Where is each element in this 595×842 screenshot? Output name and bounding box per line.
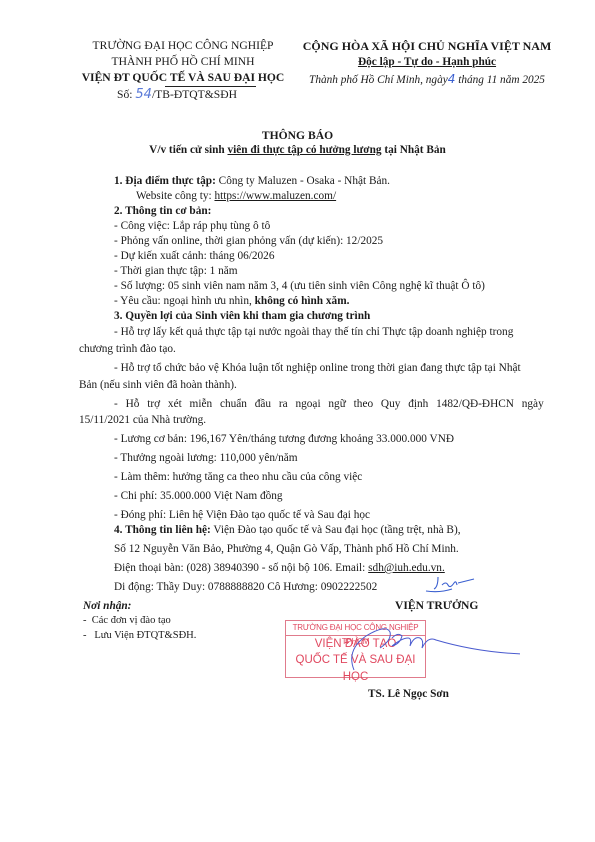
section2-item: - Số lượng: 05 sinh viên nam năm 3, 4 (ư… [114,280,485,292]
recipient-item: - Các đơn vị đào tạo [83,615,171,626]
signer-role: VIỆN TRƯỞNG [395,599,478,612]
university-city: THÀNH PHỐ HỒ CHÍ MINH [58,54,308,70]
section2-heading: 2. Thông tin cơ bản: [114,205,211,217]
section3-heading: 3. Quyền lợi của Sinh viên khi tham gia … [114,310,370,322]
section2-item: - Thời gian thực tập: 1 năm [114,265,238,277]
section3-para3: - Hỗ trợ xét miễn chuẩn đầu ra ngoại ngữ… [114,398,544,410]
university-name: TRƯỜNG ĐẠI HỌC CÔNG NGHIỆP [58,38,308,54]
section3-item: - Chi phí: 35.000.000 Việt Nam đồng [114,490,283,502]
section3-para3-cont: 15/11/2021 của Nhà trường. [79,414,206,426]
section3-para2: - Hỗ trợ tổ chức bảo vệ Khóa luận tốt ng… [114,362,521,374]
section4-contact: 4. Thông tin liên hệ: Viện Đào tạo quốc … [114,524,461,536]
independence-motto: Độc lập - Tự do - Hạnh phúc [292,54,562,70]
document-number: Số: 54/TB-ĐTQT&SĐH [46,86,308,104]
initials-signature-icon [424,573,484,595]
signer-name: TS. Lê Ngọc Sơn [368,688,449,700]
section3-item: - Đóng phí: Liên hệ Viện Đào tạo quốc tế… [114,509,370,521]
handwritten-number: 54 [135,87,152,102]
institute-name: VIỆN ĐT QUỐC TẾ VÀ SAU ĐẠI HỌC [58,70,308,86]
section2-item: - Dự kiến xuất cảnh: tháng 06/2026 [114,250,274,262]
section4-address: Số 12 Nguyễn Văn Bảo, Phường 4, Quận Gò … [114,543,459,555]
section3-item: - Làm thêm: hưởng tăng ca theo nhu cầu c… [114,471,362,483]
section1-website: Website công ty: https://www.maluzen.com… [136,190,336,202]
header-left: TRƯỜNG ĐẠI HỌC CÔNG NGHIỆP THÀNH PHỐ HỒ … [58,38,308,104]
institute-underline [165,86,256,87]
section3-item: - Thưởng ngoài lương: 110,000 yên/năm [114,452,298,464]
country-motto: CỘNG HÒA XÃ HỘI CHỦ NGHĨA VIỆT NAM [292,38,562,54]
notice-subject: V/v tiến cử sinh viên đi thực tập có hưở… [0,144,595,156]
section4-phone: Điện thoại bàn: (028) 38940390 - số nội … [114,562,445,574]
section3-item: - Lương cơ bản: 196,167 Yên/tháng tương … [114,433,454,445]
recipients-heading: Nơi nhận: [83,600,131,612]
section2-item: - Phỏng vấn online, thời gian phỏng vấn … [114,235,383,247]
website-link[interactable]: https://www.maluzen.com/ [214,190,336,202]
section3-para2-cont: Bản (nếu sinh viên đã hoàn thành). [79,379,237,391]
section3-para1-cont: chương trình đào tạo. [79,343,176,355]
section3-para1: - Hỗ trợ lấy kết quả thực tập tại nước n… [114,326,513,338]
section2-requirement: - Yêu cầu: ngoại hình ưu nhìn, không có … [114,295,349,307]
header-right: CỘNG HÒA XÃ HỘI CHỦ NGHĨA VIỆT NAM Độc l… [292,38,562,89]
section2-item: - Công việc: Lắp ráp phụ tùng ô tô [114,220,270,232]
recipient-item: - Lưu Viện ĐTQT&SĐH. [83,630,196,641]
section4-mobile: Di động: Thầy Duy: 0788888820 Cô Hương: … [114,581,377,593]
date-line: Thành phố Hồ Chí Minh, ngày4 tháng 11 nă… [292,70,562,89]
section1-location: 1. Địa điểm thực tập: Công ty Maluzen - … [114,175,390,187]
notice-heading: THÔNG BÁO [0,129,595,142]
signature-icon [300,614,520,676]
